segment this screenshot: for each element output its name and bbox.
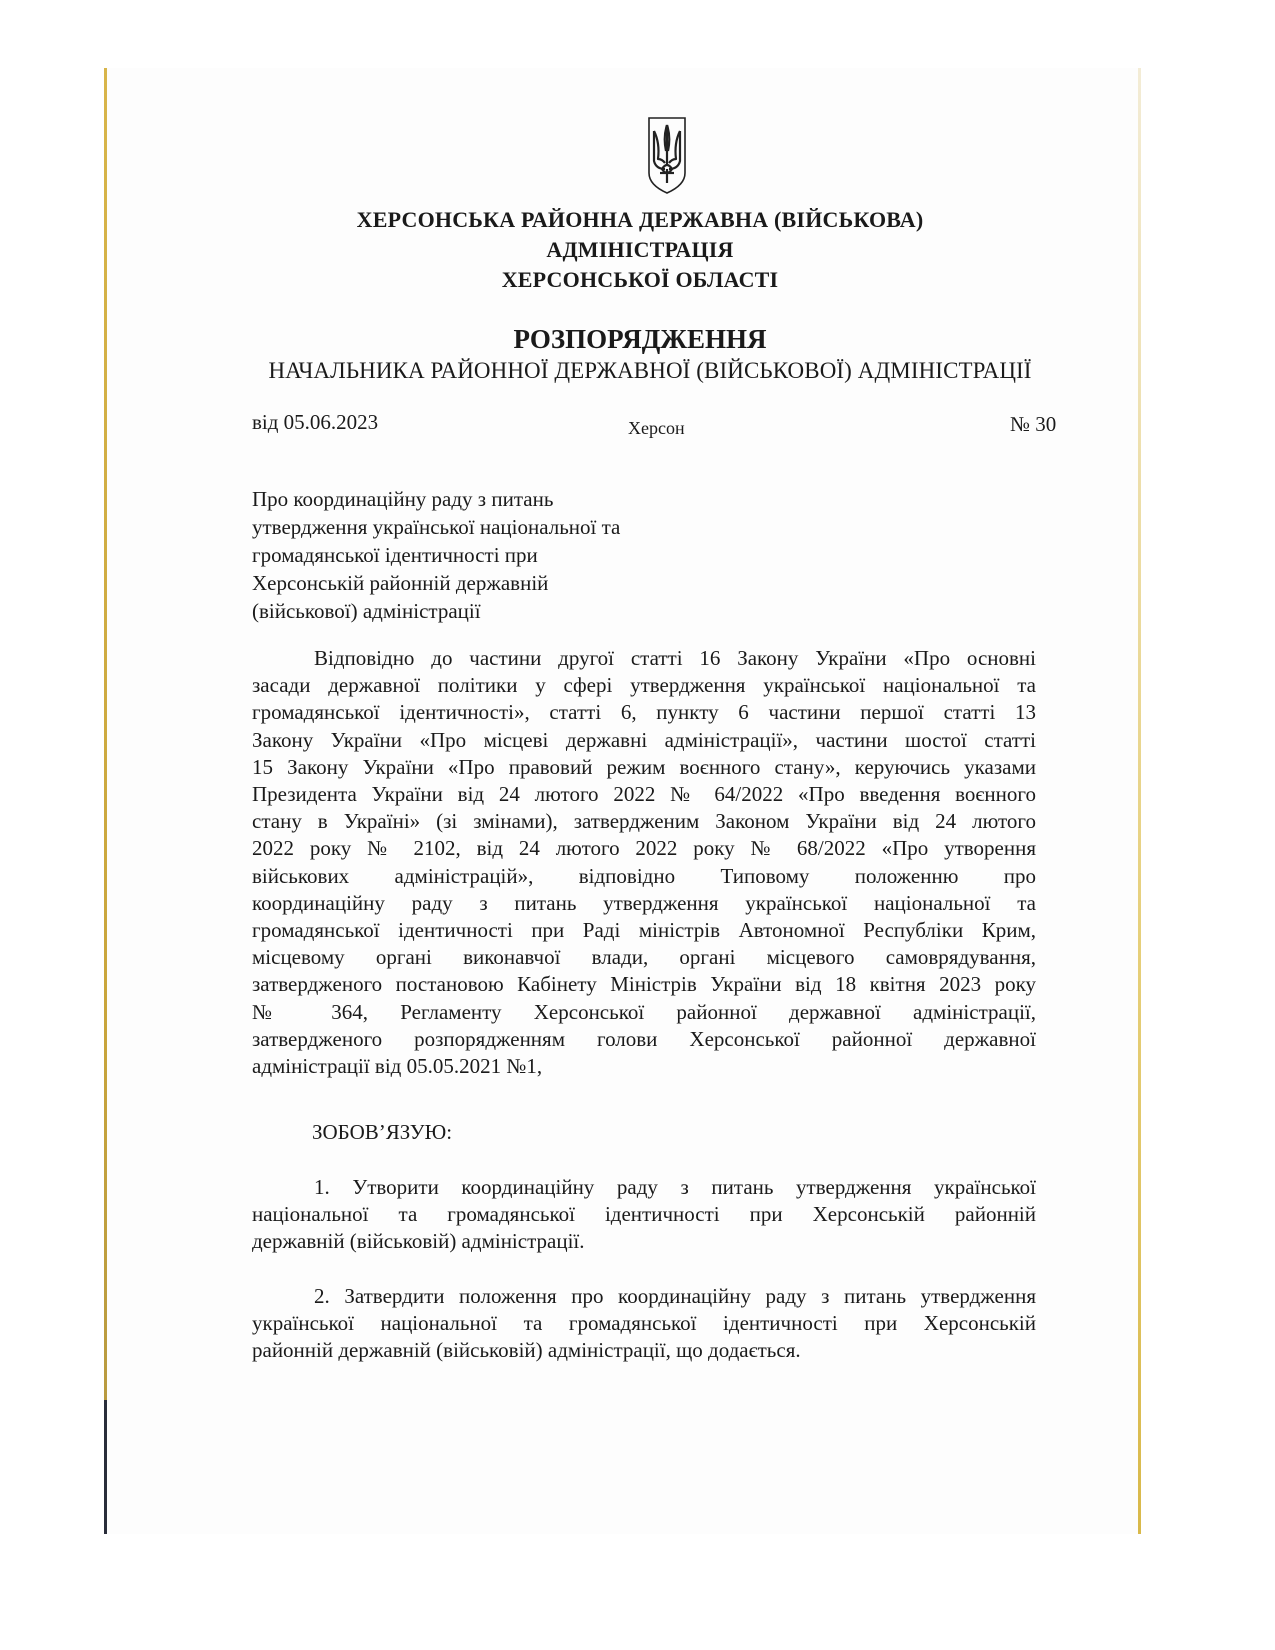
- subject-line: (військової) адміністрації: [252, 597, 620, 625]
- subject-line: Херсонській районній державній: [252, 569, 620, 597]
- paragraph-line: української національної та громадянсько…: [252, 1310, 1036, 1337]
- paragraph-line: 2. Затвердити положення про координаційн…: [252, 1283, 1036, 1310]
- paragraph-line: Відповідно до частини другої статті 16 З…: [252, 645, 1036, 672]
- subject-line: Про координаційну раду з питань: [252, 485, 620, 513]
- paragraph-line: № 364, Регламенту Херсонської районної д…: [252, 999, 1036, 1026]
- paragraph-line: стану в Україні» (зі змінами), затвердже…: [252, 808, 1036, 835]
- trident-coat-of-arms-icon: [646, 115, 688, 195]
- paragraph-line: затвердженого розпорядженням голови Херс…: [252, 1026, 1036, 1053]
- paragraph-line: районній державній (військовій) адмініст…: [252, 1337, 1036, 1364]
- subject-line: громадянської ідентичності при: [252, 541, 620, 569]
- paragraph-line: громадянської ідентичності при Раді міні…: [252, 917, 1036, 944]
- oblige-heading: ЗОБОВ’ЯЗУЮ:: [312, 1120, 452, 1145]
- document-subject: Про координаційну раду з питань утвердже…: [252, 485, 620, 625]
- scan-edge-right: [1138, 68, 1141, 1534]
- paragraph-line: затвердженого постановою Кабінету Мініст…: [252, 971, 1036, 998]
- paragraph-line: місцевому органі виконавчої влади, орган…: [252, 944, 1036, 971]
- document-date: від 05.06.2023: [252, 410, 378, 435]
- paragraph-line: 2022 року № 2102, від 24 лютого 2022 рок…: [252, 835, 1036, 862]
- paragraph-line: адміністрації від 05.05.2021 №1,: [252, 1053, 1036, 1080]
- subject-line: утвердження української національної та: [252, 513, 620, 541]
- document-issuer: НАЧАЛЬНИКА РАЙОННОЇ ДЕРЖАВНОЇ (ВІЙСЬКОВО…: [240, 356, 1060, 386]
- document-type-title: РОЗПОРЯДЖЕННЯ: [230, 322, 1050, 356]
- paragraph-line: 1. Утворити координаційну раду з питань …: [252, 1174, 1036, 1201]
- paragraph-line: координаційну раду з питань утвердження …: [252, 890, 1036, 917]
- preamble-paragraph: Відповідно до частини другої статті 16 З…: [252, 645, 1036, 1080]
- organization-header: ХЕРСОНСЬКА РАЙОННА ДЕРЖАВНА (ВІЙСЬКОВА) …: [230, 205, 1050, 295]
- org-line-1: ХЕРСОНСЬКА РАЙОННА ДЕРЖАВНА (ВІЙСЬКОВА): [230, 205, 1050, 235]
- paragraph-line: національної та громадянської ідентичнос…: [252, 1201, 1036, 1228]
- paragraph-line: 15 Закону України «Про правовий режим во…: [252, 754, 1036, 781]
- paragraph-line: Закону України «Про місцеві державні адм…: [252, 727, 1036, 754]
- paragraph-line: громадянської ідентичності», статті 6, п…: [252, 699, 1036, 726]
- paragraph-line: засади державної політики у сфері утверд…: [252, 672, 1036, 699]
- paragraph-line: військових адміністрацій», відповідно Ти…: [252, 863, 1036, 890]
- document-number: № 30: [1010, 412, 1056, 437]
- document-city: Херсон: [628, 418, 685, 439]
- order-item-1: 1. Утворити координаційну раду з питань …: [252, 1174, 1036, 1256]
- org-line-3: ХЕРСОНСЬКОЇ ОБЛАСТІ: [230, 265, 1050, 295]
- org-line-2: АДМІНІСТРАЦІЯ: [230, 235, 1050, 265]
- paragraph-line: державній (військовій) адміністрації.: [252, 1228, 1036, 1255]
- paragraph-line: Президента України від 24 лютого 2022 № …: [252, 781, 1036, 808]
- order-item-2: 2. Затвердити положення про координаційн…: [252, 1283, 1036, 1365]
